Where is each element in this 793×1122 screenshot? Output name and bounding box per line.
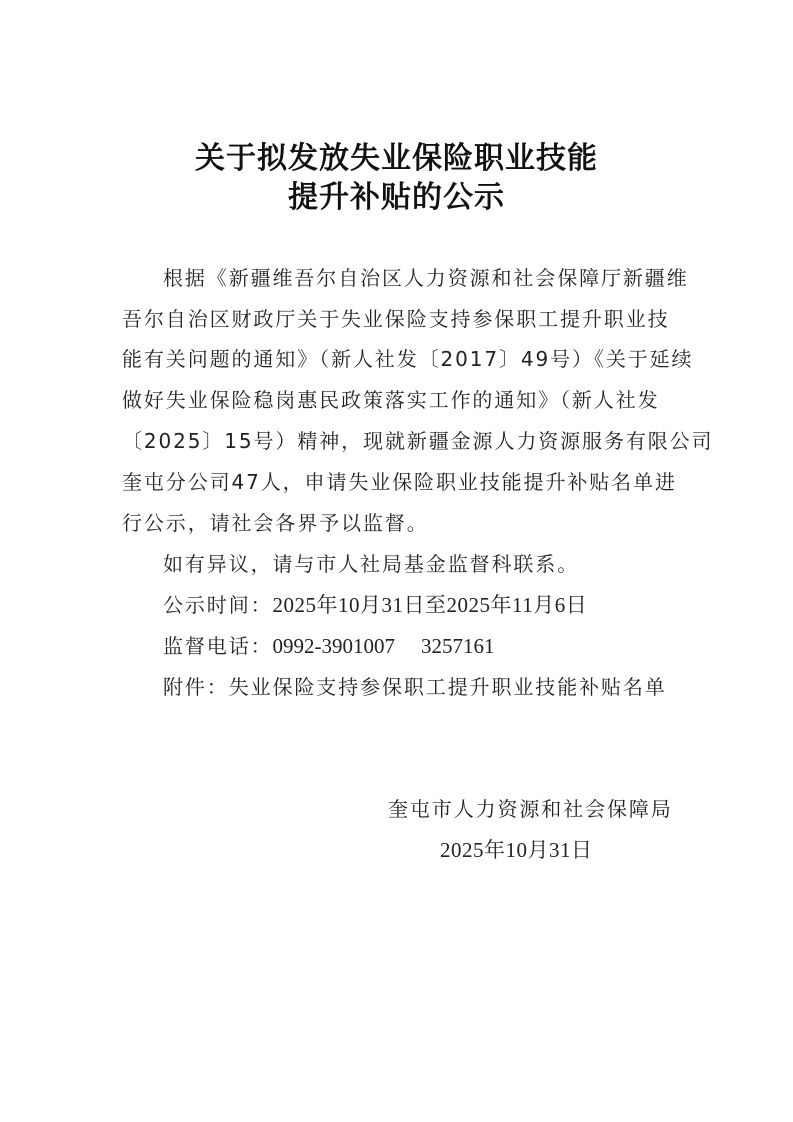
attachment-value: 失业保险支持参保职工提升职业技能补贴名单 [229,675,667,699]
body-line-4: 做好失业保险稳岗惠民政策落实工作的通知》（新人社发 [122,384,660,413]
publicity-period-label: 公示时间： [163,593,273,617]
attachment-label: 附件： [163,675,229,699]
body-line-5: 〔2025〕15号）精神，现就新疆金源人力资源服务有限公司 [122,425,713,454]
objection-note: 如有异议，请与市人社局基金监督科联系。 [163,548,579,577]
body-line-6: 奎屯分公司47人，申请失业保险职业技能提升补贴名单进 [122,466,677,495]
body-line-7: 行公示，请社会各界予以监督。 [122,507,429,536]
publicity-period-value: 2025年10月31日至2025年11月6日 [273,593,588,617]
supervision-phone: 监督电话：0992-39010073257161 [163,630,495,659]
body-line-1: 根据《新疆维吾尔自治区人力资源和社会保障厅新疆维 [163,262,689,291]
supervision-phone-1: 0992-3901007 [273,634,396,658]
publicity-period: 公示时间：2025年10月31日至2025年11月6日 [163,589,587,619]
document-title-line-1: 关于拟发放失业保险职业技能 [0,133,793,177]
body-line-3: 能有关问题的通知》（新人社发〔2017〕49号）《关于延续 [122,343,693,372]
document-title-line-2: 提升补贴的公示 [0,172,793,216]
document-page: 关于拟发放失业保险职业技能 提升补贴的公示 根据《新疆维吾尔自治区人力资源和社会… [0,0,793,1122]
signature-date: 2025年10月31日 [440,834,593,864]
body-line-2: 吾尔自治区财政厅关于失业保险支持参保职工提升职业技 [122,303,670,332]
signature-organization: 奎屯市人力资源和社会保障局 [388,793,673,822]
attachment: 附件：失业保险支持参保职工提升职业技能补贴名单 [163,671,667,700]
supervision-phone-2: 3257161 [421,634,495,658]
supervision-phone-label: 监督电话： [163,634,273,658]
